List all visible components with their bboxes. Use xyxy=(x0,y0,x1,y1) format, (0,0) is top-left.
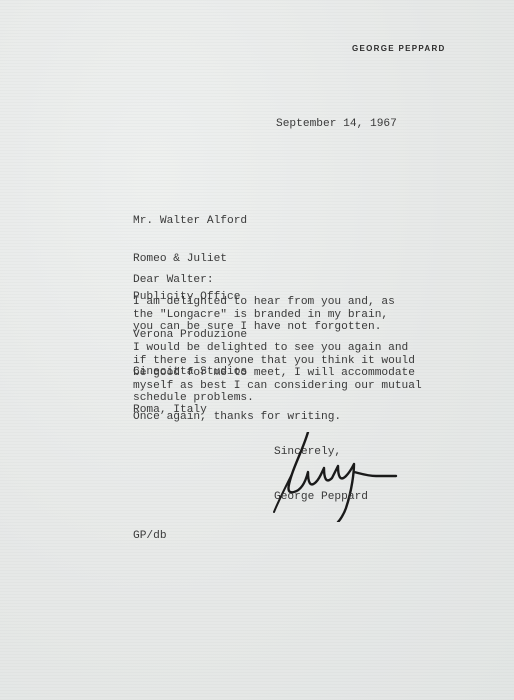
letter-date: September 14, 1967 xyxy=(276,118,397,131)
handwritten-signature-icon xyxy=(272,432,402,522)
address-line: Mr. Walter Alford xyxy=(133,215,247,228)
body-paragraph: I am delighted to hear from you and, as … xyxy=(133,296,395,334)
salutation: Dear Walter: xyxy=(133,274,214,287)
reference-initials: GP/db xyxy=(133,530,167,543)
body-paragraph: Once again, thanks for writing. xyxy=(133,411,341,424)
body-paragraph: I would be delighted to see you again an… xyxy=(133,342,422,405)
letter-page: GEORGE PEPPARD September 14, 1967 Mr. Wa… xyxy=(0,0,514,700)
address-line: Romeo & Juliet xyxy=(133,253,247,266)
signer-name: George Peppard xyxy=(274,491,368,504)
letterhead: GEORGE PEPPARD xyxy=(352,44,446,53)
